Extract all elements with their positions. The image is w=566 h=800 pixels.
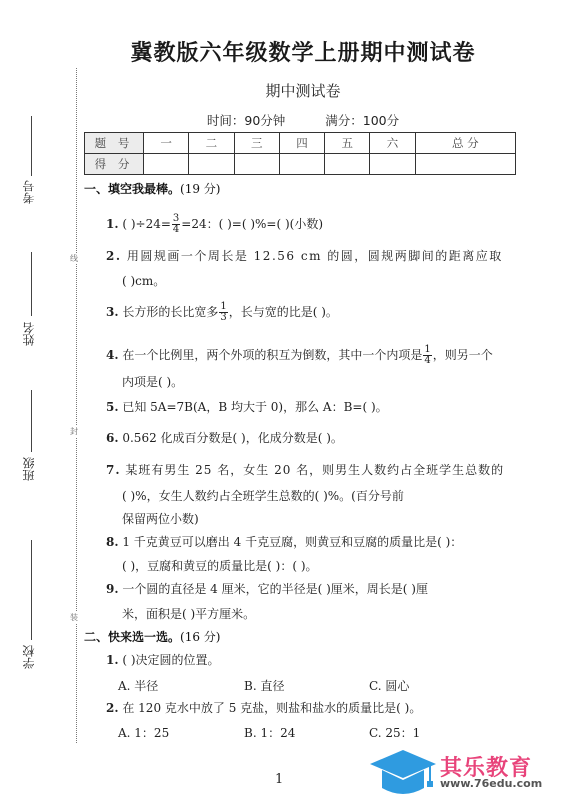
score-cell[interactable]: [234, 154, 279, 175]
question-1-2-cont: ( )cm。: [122, 272, 165, 289]
question-1-7: 7. 某班有男生 25 名，女生 20 名，则男生人数约占全班学生总数的: [106, 462, 504, 478]
fraction: 14: [423, 345, 431, 366]
page-subtitle: 期中测试卷: [0, 80, 566, 101]
option-a[interactable]: A. 半径: [118, 677, 158, 694]
cut-mark-feng: 封: [70, 426, 78, 437]
class-line[interactable]: [31, 390, 32, 452]
school-line[interactable]: [31, 540, 32, 640]
column-header: 四: [279, 133, 324, 154]
column-header: 五: [325, 133, 370, 154]
question-2-1: 1. ( )决定圆的位置。: [106, 652, 220, 668]
question-1-1: 1. ( )÷24=34=24：( )=( )%=( )(小数): [106, 214, 323, 235]
option-c[interactable]: C. 圆心: [369, 677, 409, 694]
exam-number-line[interactable]: [31, 116, 32, 176]
row-label-question-number: 题 号: [85, 133, 144, 154]
name-label: 姓名: [20, 322, 37, 346]
score-table-header-row: 题 号 一 二 三 四 五 六 总 分: [85, 133, 516, 154]
name-line[interactable]: [31, 252, 32, 316]
cut-mark-zhuang: 装: [70, 612, 78, 623]
exam-time: 时间：90分钟: [207, 113, 285, 128]
column-header: 三: [234, 133, 279, 154]
question-1-3: 3. 长方形的长比宽多13，长与宽的比是( )。: [106, 302, 338, 323]
question-1-8-cont: ( )，豆腐和黄豆的质量比是( )：( )。: [122, 557, 318, 574]
question-1-4-cont: 内项是( )。: [122, 373, 183, 390]
graduation-cap-icon: [368, 748, 438, 798]
question-1-9-cont: 米，面积是( )平方厘米。: [122, 605, 255, 622]
option-c[interactable]: C. 25：1: [369, 724, 420, 741]
score-cell[interactable]: [325, 154, 370, 175]
question-1-9: 9. 一个圆的直径是 4 厘米，它的半径是( )厘米，周长是( )厘: [106, 581, 428, 597]
column-header: 二: [189, 133, 234, 154]
option-b[interactable]: B. 1：24: [244, 724, 295, 741]
fraction: 34: [172, 214, 180, 235]
question-1-8: 8. 1 千克黄豆可以磨出 4 千克豆腐，则黄豆和豆腐的质量比是( )：: [106, 534, 462, 550]
score-cell[interactable]: [144, 154, 189, 175]
question-2-2: 2. 在 120 克水中放了 5 克盐，则盐和盐水的质量比是( )。: [106, 700, 421, 716]
option-a[interactable]: A. 1：25: [118, 724, 169, 741]
score-cell[interactable]: [415, 154, 515, 175]
exam-meta: 时间：90分钟 满分：100分: [0, 111, 566, 129]
column-header: 一: [144, 133, 189, 154]
class-label: 班级: [20, 457, 37, 481]
binding-cut-line: [76, 68, 77, 743]
section-1-title: 一、填空我最棒。: [84, 182, 180, 196]
section-2-points: (16 分): [180, 630, 220, 644]
question-1-6: 6. 0.562 化成百分数是( )，化成分数是( )。: [106, 430, 343, 446]
option-b[interactable]: B. 直径: [244, 677, 284, 694]
section-2-title: 二、快来选一选。: [84, 630, 180, 644]
question-1-7-cont2: 保留两位小数): [122, 510, 199, 527]
exam-full-score: 满分：100分: [325, 113, 399, 128]
question-1-7-cont: ( )%，女生人数约占全班学生总数的( )%。(百分号前: [122, 487, 404, 504]
cut-mark-xian: 线: [70, 253, 78, 264]
question-1-4: 4. 在一个比例里，两个外项的积互为倒数，其中一个内项是14，则另一个: [106, 345, 493, 366]
section-2-heading: 二、快来选一选。(16 分): [84, 628, 220, 645]
row-label-score: 得 分: [85, 154, 144, 175]
page-title: 冀教版六年级数学上册期中测试卷: [0, 36, 566, 67]
exam-number-label: 考号: [20, 180, 37, 204]
logo-url[interactable]: www.76edu.com: [440, 777, 542, 790]
question-1-5: 5. 已知 5A=7B(A，B 均大于 0)，那么 A：B=( )。: [106, 399, 388, 415]
column-header: 总 分: [415, 133, 515, 154]
score-cell[interactable]: [370, 154, 415, 175]
section-1-heading: 一、填空我最棒。(19 分): [84, 180, 220, 197]
score-cell[interactable]: [189, 154, 234, 175]
fraction: 13: [219, 302, 227, 323]
school-label: 学校: [20, 645, 37, 669]
column-header: 六: [370, 133, 415, 154]
question-1-2: 2. 用圆规画一个周长是 12.56 cm 的圆，圆规两脚间的距离应取: [106, 248, 503, 264]
score-cell[interactable]: [279, 154, 324, 175]
score-table-score-row: 得 分: [85, 154, 516, 175]
section-1-points: (19 分): [180, 182, 220, 196]
score-table: 题 号 一 二 三 四 五 六 总 分 得 分: [84, 132, 516, 175]
page-number: 1: [275, 772, 283, 787]
